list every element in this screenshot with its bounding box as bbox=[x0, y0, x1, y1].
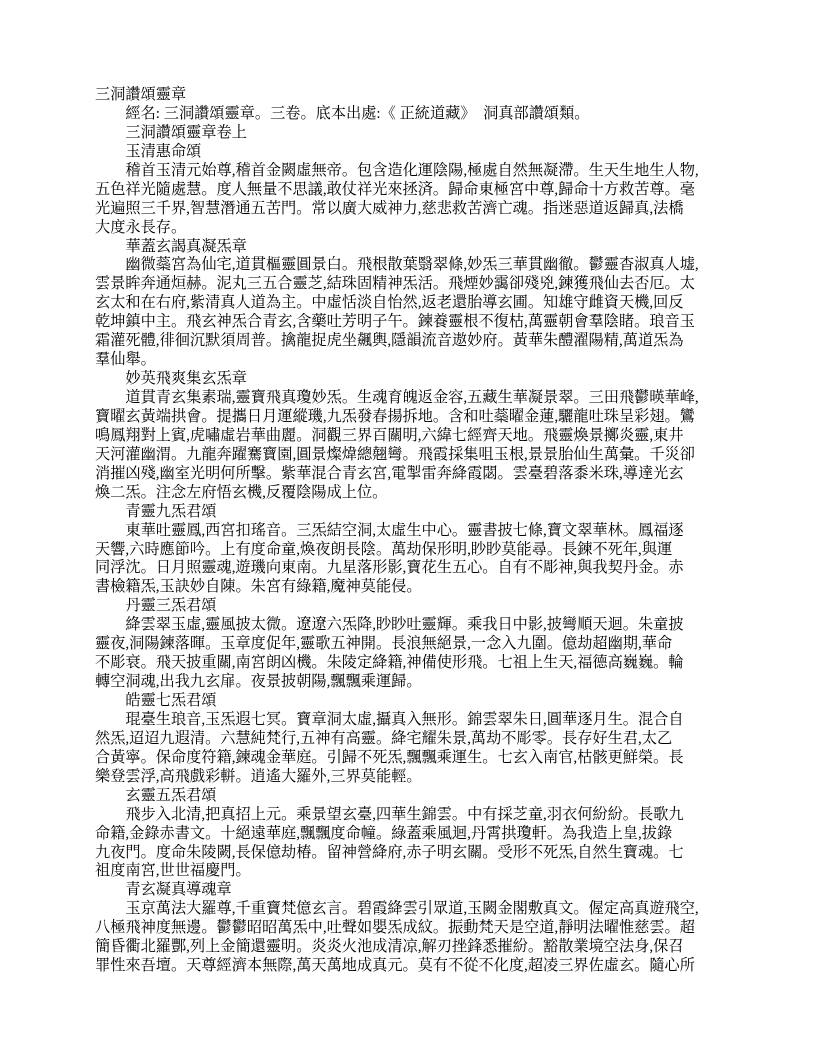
section-body: 道貫青玄集素瑞,靈寶飛真瓊妙炁。生魂育魄返金容,五藏生華凝景翠。三田飛鬱暎華峰,… bbox=[95, 389, 728, 503]
section-qingling-jiuqi: 青靈九炁君頌 東華吐靈鳳,西宮扣瑤音。三炁結空洞,太虛生中心。靈書披七條,寶文翠… bbox=[95, 503, 728, 598]
section-haoling-qiqi: 皓靈七炁君頌 琨臺生琅音,玉炁遐七冥。寶章洞太虛,攝真入無形。錦雲翠朱日,圓華逐… bbox=[95, 692, 728, 787]
document-page: 三洞讚頌靈章 經名: 三洞讚頌靈章。三卷。底本出處:《 正統道藏》 洞真部讚頌類… bbox=[0, 0, 816, 1056]
section-huagai-xuanye: 華蓋玄謁真凝炁章 幽微蘂宮為仙宅,道貫樞靈圓景白。飛根散葉翳翠條,妙炁三華貫幽徹… bbox=[95, 238, 728, 371]
section-xuanling-wuqi: 玄靈五炁君頌 飛步入北清,把真招上元。乘景望玄臺,四華生錦雲。中有採芝童,羽衣何… bbox=[95, 787, 728, 882]
section-heading: 華蓋玄謁真凝炁章 bbox=[95, 238, 728, 257]
section-heading: 青玄凝真導魂章 bbox=[95, 881, 728, 900]
section-body: 幽微蘂宮為仙宅,道貫樞靈圓景白。飛根散葉翳翠條,妙炁三華貫幽徹。鬱靈杳淑真人墟,… bbox=[95, 256, 728, 370]
section-body: 飛步入北清,把真招上元。乘景望玄臺,四華生錦雲。中有採芝童,羽衣何紛紛。長歌九 … bbox=[95, 806, 728, 882]
section-body: 稽首玉清元始尊,稽首金闕虛無帝。包含造化運陰陽,極處自然無凝滯。生天生地生人物,… bbox=[95, 162, 728, 238]
section-heading: 玉清惠命頌 bbox=[95, 143, 728, 162]
section-danling-sanqi: 丹靈三炁君頌 絳雲翠玉虛,靈風披太微。遼遼六炁降,眇眇吐靈輝。乘我日中影,披彎順… bbox=[95, 597, 728, 692]
section-heading: 皓靈七炁君頌 bbox=[95, 692, 728, 711]
section-yuqing-huiming: 玉清惠命頌 稽首玉清元始尊,稽首金闕虛無帝。包含造化運陰陽,極處自然無凝滯。生天… bbox=[95, 143, 728, 238]
doc-meta-line: 經名: 三洞讚頌靈章。三卷。底本出處:《 正統道藏》 洞真部讚頌類。 bbox=[95, 105, 728, 124]
section-body: 琨臺生琅音,玉炁遐七冥。寶章洞太虛,攝真入無形。錦雲翠朱日,圓華逐月生。混合自 … bbox=[95, 711, 728, 787]
section-miaoying-feishuang: 妙英飛爽集玄炁章 道貫青玄集素瑞,靈寶飛真瓊妙炁。生魂育魄返金容,五藏生華凝景翠… bbox=[95, 370, 728, 503]
section-heading: 丹靈三炁君頌 bbox=[95, 597, 728, 616]
doc-title: 三洞讚頌靈章 bbox=[95, 86, 728, 105]
section-body: 玉京萬法大羅尊,千重寶梵億玄言。碧霞絳雲引眾道,玉闕金閣敷真文。偓定高真遊飛空,… bbox=[95, 900, 728, 976]
section-heading: 玄靈五炁君頌 bbox=[95, 787, 728, 806]
doc-volume-line: 三洞讚頌靈章卷上 bbox=[95, 124, 728, 143]
section-heading: 青靈九炁君頌 bbox=[95, 503, 728, 522]
section-body: 絳雲翠玉虛,靈風披太微。遼遼六炁降,眇眇吐靈輝。乘我日中影,披彎順天迴。朱童披 … bbox=[95, 616, 728, 692]
section-body: 東華吐靈鳳,西宮扣瑤音。三炁結空洞,太虛生中心。靈書披七條,寶文翠華林。鳳福逐 … bbox=[95, 522, 728, 598]
section-qingxuan-ningzhen: 青玄凝真導魂章 玉京萬法大羅尊,千重寶梵億玄言。碧霞絳雲引眾道,玉闕金閣敷真文。… bbox=[95, 881, 728, 976]
section-heading: 妙英飛爽集玄炁章 bbox=[95, 370, 728, 389]
